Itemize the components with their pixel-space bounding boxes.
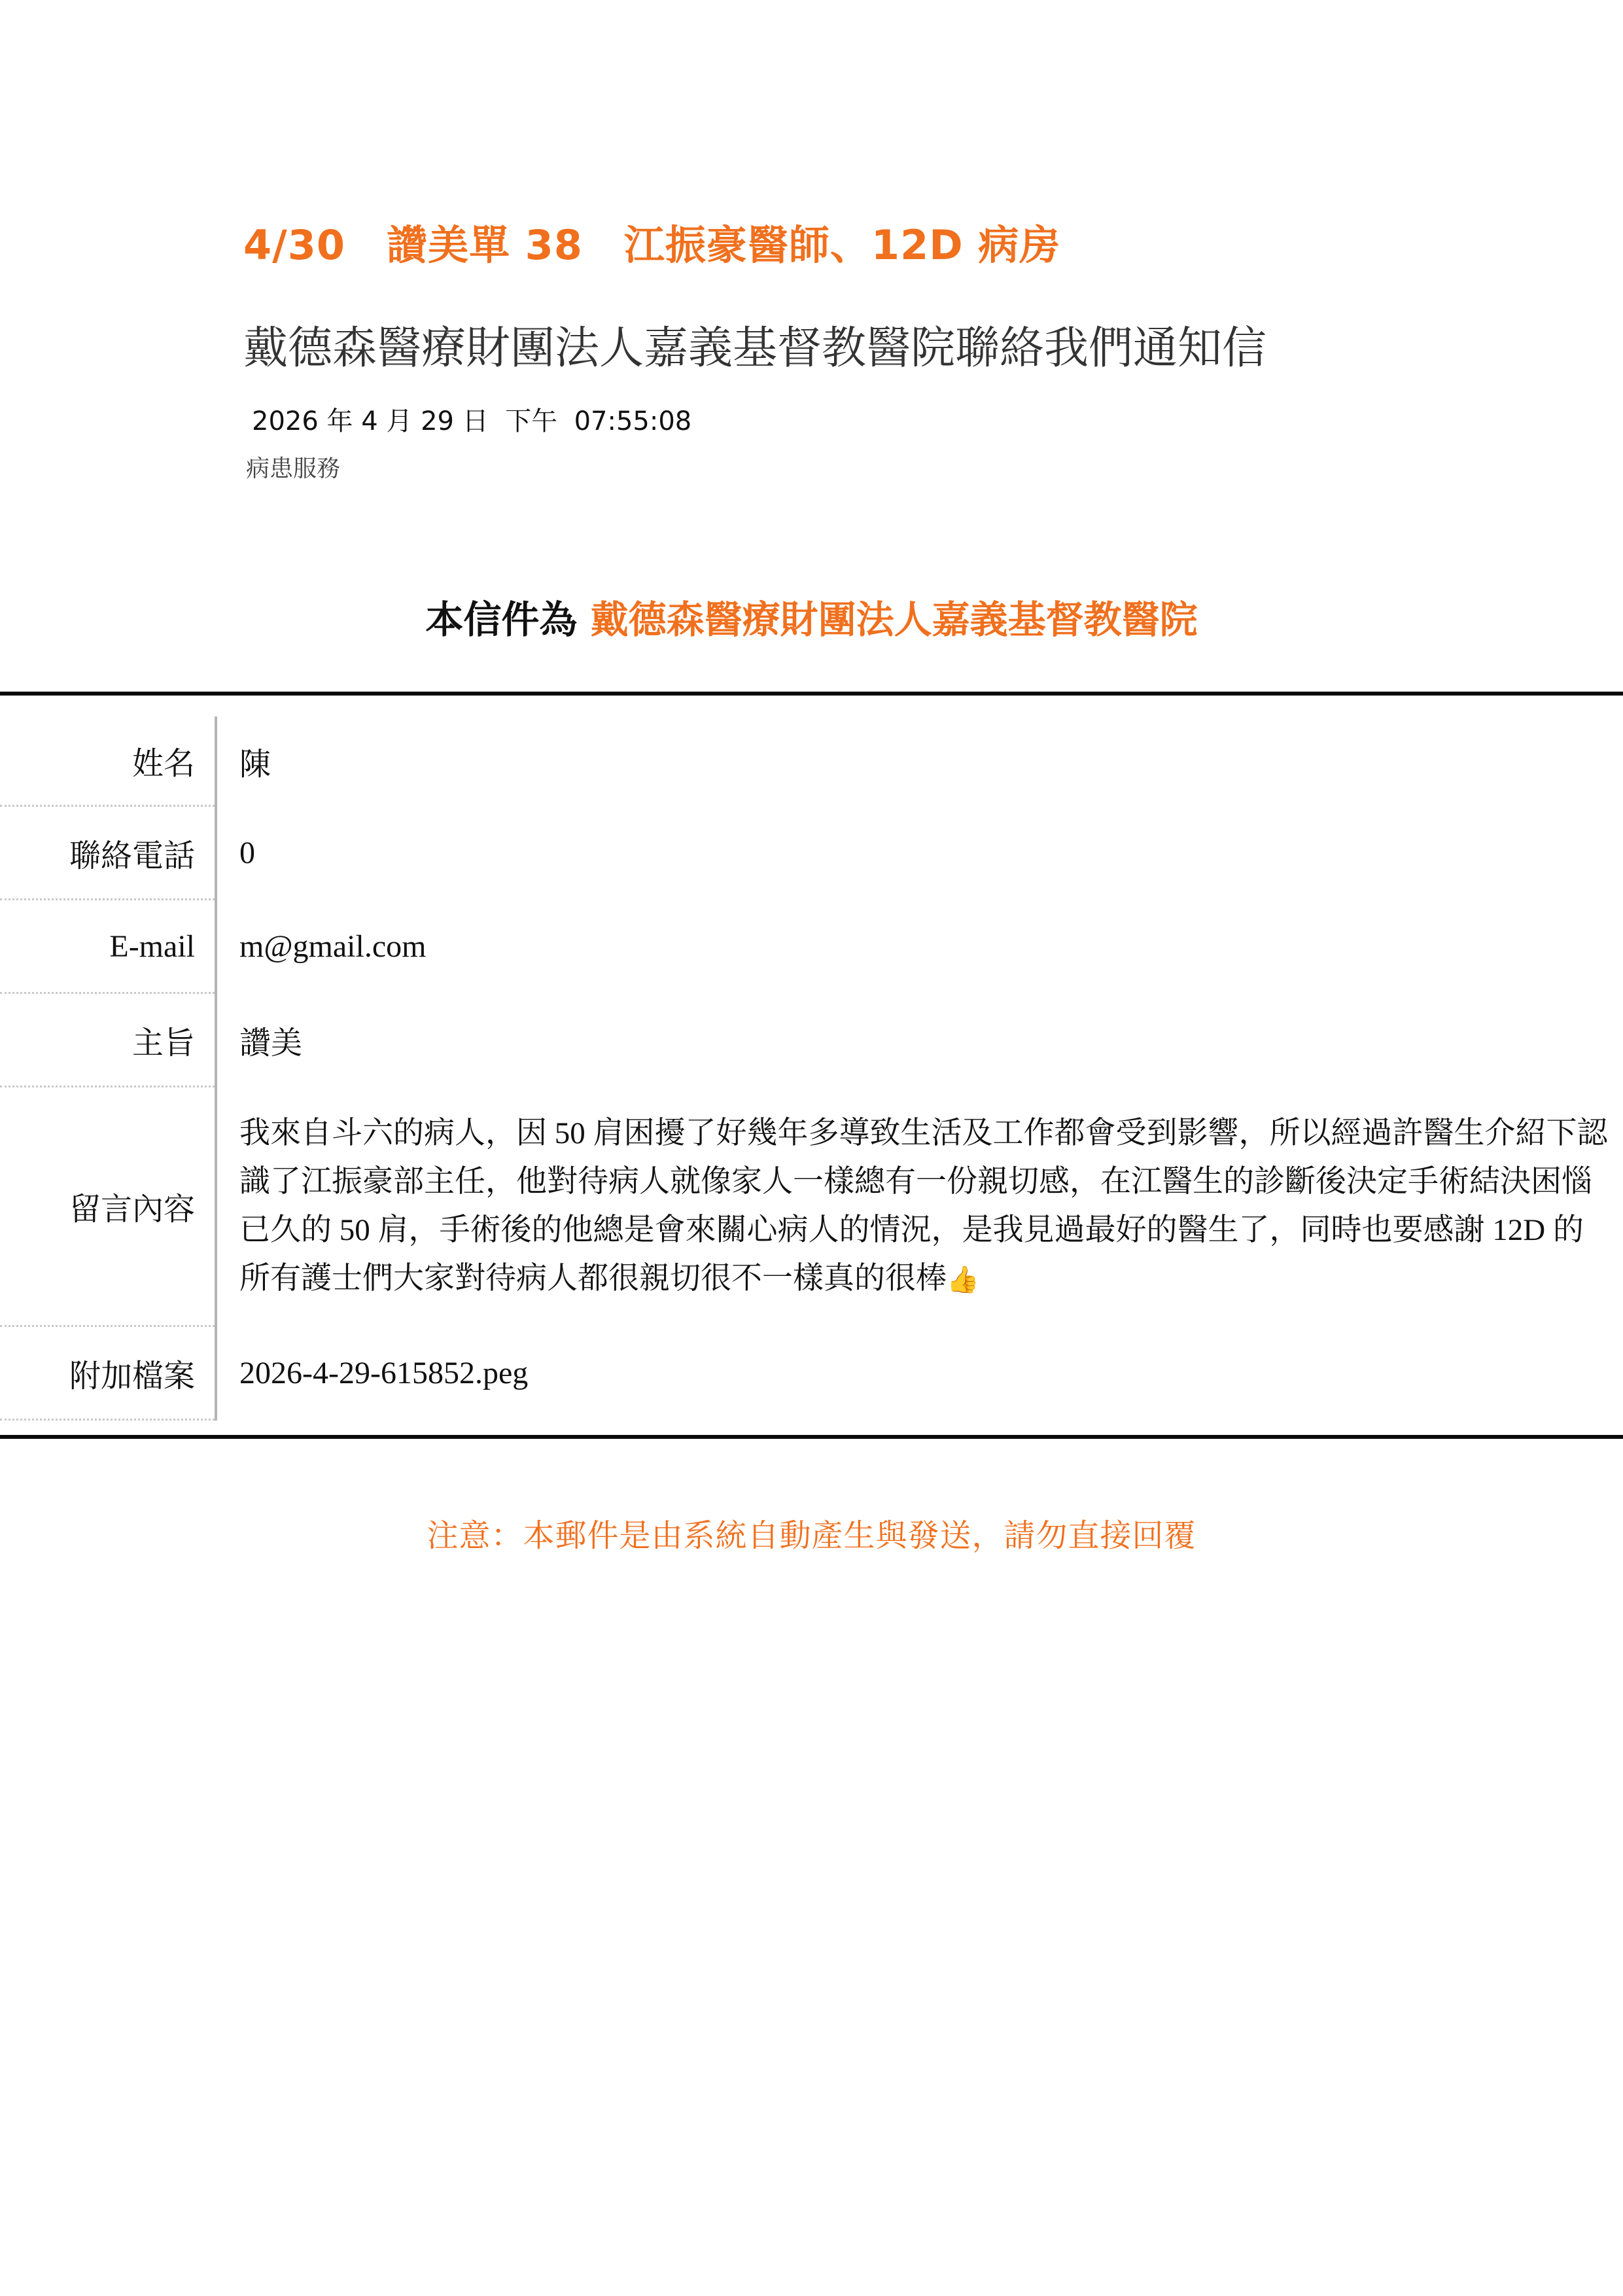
email-sender: 病患服務 [246, 450, 340, 484]
label-email: E-mail [0, 900, 216, 993]
table-top-rule [0, 692, 1623, 696]
email-date: 2026 年 4 月 29 日 下午 07:55:08 [252, 400, 691, 438]
auto-generated-notice: 注意：本郵件是由系統自動產生與發送，請勿直接回覆 [0, 1510, 1623, 1555]
label-phone: 聯絡電話 [0, 806, 216, 900]
headline: 本信件為 戴德森醫療財團法人嘉義基督教醫院 [0, 589, 1623, 644]
headline-prefix: 本信件為 [425, 597, 577, 642]
value-email[interactable]: m@gmail.com [216, 900, 1623, 993]
thumbs-up-icon: 👍 [947, 1265, 979, 1294]
table-bottom-rule [0, 1435, 1623, 1439]
table-row-message: 留言內容 我來自斗六的病人，因 50 肩困擾了好幾年多導致生活及工作都會受到影響… [0, 1087, 1623, 1326]
value-attachment[interactable]: 2026-4-29-615852.peg [216, 1326, 1623, 1420]
value-phone: 0 [216, 806, 1623, 900]
table-row-email: E-mail m@gmail.com [0, 900, 1623, 993]
message-text: 我來自斗六的病人，因 50 肩困擾了好幾年多導致生活及工作都會受到影響，所以經過… [239, 1116, 1608, 1296]
label-subject: 主旨 [0, 993, 216, 1087]
email-subject: 戴德森醫療財團法人嘉義基督教醫院聯絡我們通知信 [243, 313, 1266, 376]
value-name: 陳 [216, 716, 1623, 806]
label-message: 留言內容 [0, 1087, 216, 1326]
contact-form-table: 姓名 陳 聯絡電話 0 E-mail m@gmail.com 主旨 讚美 留言內… [0, 716, 1623, 1421]
table-row-name: 姓名 陳 [0, 716, 1623, 806]
table-row-subject: 主旨 讚美 [0, 993, 1623, 1087]
label-attachment: 附加檔案 [0, 1326, 216, 1420]
label-name: 姓名 [0, 716, 216, 806]
table-row-phone: 聯絡電話 0 [0, 806, 1623, 900]
document-title: 4/30 讚美單 38 江振豪醫師、12D 病房 [243, 213, 1060, 271]
value-message: 我來自斗六的病人，因 50 肩困擾了好幾年多導致生活及工作都會受到影響，所以經過… [216, 1087, 1623, 1326]
value-subject: 讚美 [216, 993, 1623, 1087]
headline-organization: 戴德森醫療財團法人嘉義基督教醫院 [591, 597, 1198, 642]
table-row-attachment: 附加檔案 2026-4-29-615852.peg [0, 1326, 1623, 1420]
